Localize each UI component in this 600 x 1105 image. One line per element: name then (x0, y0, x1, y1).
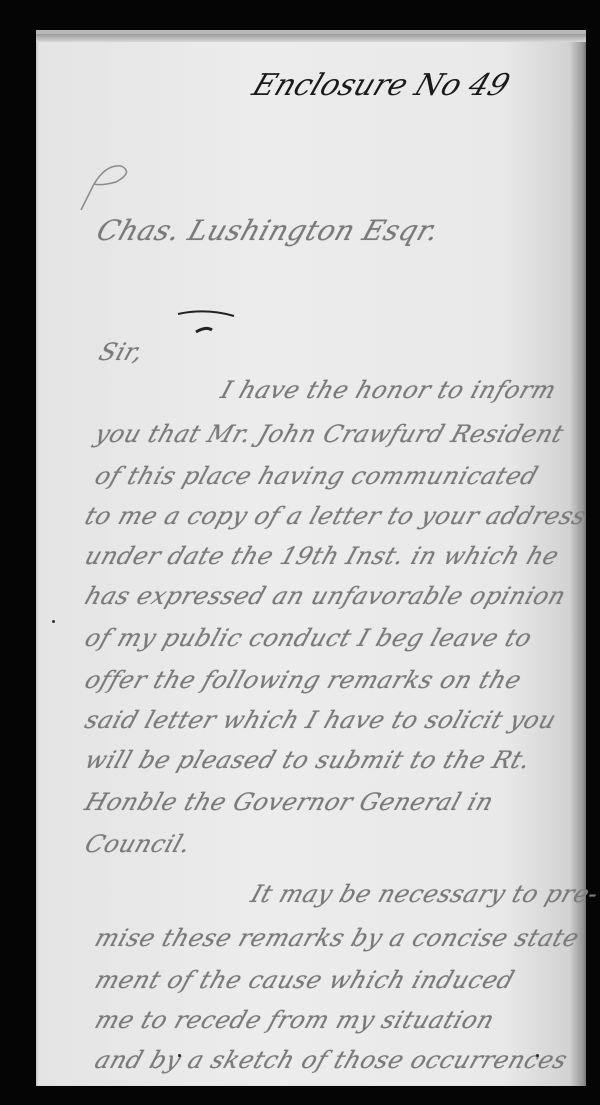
body-line: said letter which I have to solicit you (81, 706, 560, 734)
enclosure-heading: Enclosure No 49 (248, 68, 515, 103)
ink-speck (178, 1054, 181, 1057)
body-line: you that Mr. John Crawfurd Resident (91, 420, 567, 448)
addressee-line: Chas. Lushington Esqr. (93, 214, 444, 247)
dash-mark-icon (176, 306, 236, 336)
body-line: It may be necessary to pre- (247, 880, 600, 908)
body-line: will be pleased to submit to the Rt. (81, 746, 534, 774)
body-line: to me a copy of a letter to your address (81, 502, 590, 530)
ink-speck (52, 620, 55, 623)
salutation: Sir, (95, 338, 147, 366)
body-line: has expressed an unfavorable opinion (81, 582, 569, 610)
body-line: under date the 19th Inst. in which he (81, 542, 562, 570)
body-line: me to recede from my situation (91, 1006, 498, 1034)
manuscript-page: Enclosure No 49 Chas. Lushington Esqr. S… (36, 30, 586, 1086)
body-line: Honble the Governor General in (81, 788, 497, 816)
body-line: and by a sketch of those occurrences (91, 1046, 571, 1074)
body-line: offer the following remarks on the (81, 666, 525, 694)
body-line: of this place having communicated (91, 462, 541, 490)
body-line: mise these remarks by a concise state (91, 924, 583, 952)
paragraph-flourish-icon (76, 144, 136, 214)
body-line: Council. (81, 830, 194, 858)
body-line: of my public conduct I beg leave to (81, 624, 535, 652)
ink-speck (536, 1054, 539, 1057)
body-line: ment of the cause which induced (91, 966, 518, 994)
body-line: I have the honor to inform (217, 376, 560, 404)
